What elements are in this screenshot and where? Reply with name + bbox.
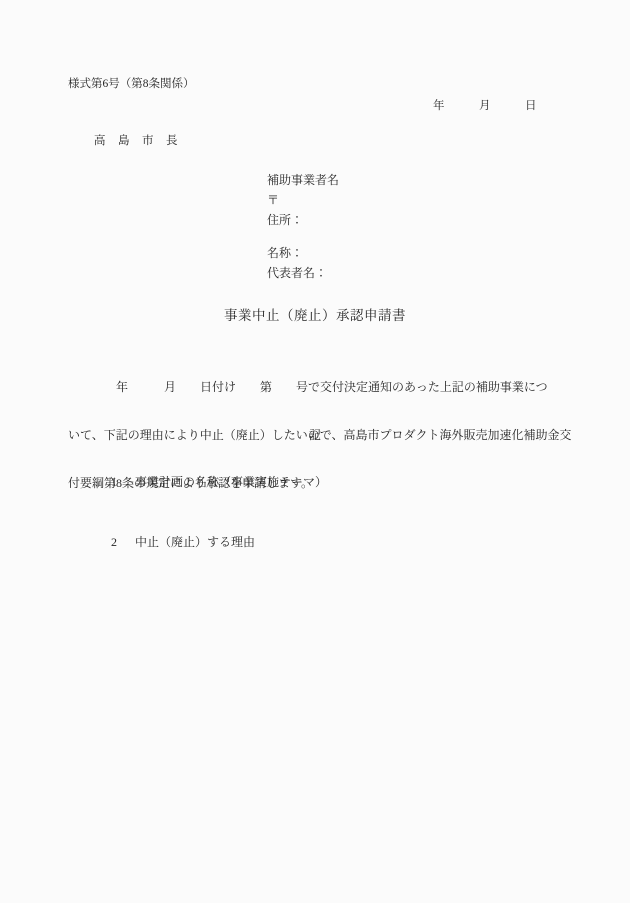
applicant-label: 補助事業者名 [267,173,339,187]
name-label: 名称： [267,246,303,260]
address-label: 住所： [267,213,303,227]
document-page: 様式第6号（第8条関係） 年 月 日 高 島 市 長 補助事業者名 〒 住所： … [0,0,630,903]
representative-label: 代表者名： [267,266,327,280]
item-number: 1 [111,475,117,489]
body-line: 年 月 日付け 第 号で交付決定通知のあった上記の補助事業につ [68,378,578,397]
form-number: 様式第6号（第8条関係） [68,78,195,92]
document-title: 事業中止（廃止）承認申請書 [0,308,630,324]
list-item: 1事業計画の名称（事業実施テーマ） [99,461,327,504]
date-year-label: 年 [433,100,445,114]
date-month-label: 月 [479,100,491,114]
addressee-mayor: 高 島 市 長 [94,135,178,149]
record-heading: 記 [0,428,630,442]
date-day-label: 日 [525,100,537,114]
list-item: 2中止（廃止）する理由 [99,521,255,564]
item-number: 2 [111,535,117,549]
postal-mark: 〒 [267,193,279,207]
item-text: 事業計画の名称（事業実施テーマ） [135,475,327,489]
item-text: 中止（廃止）する理由 [135,535,255,549]
